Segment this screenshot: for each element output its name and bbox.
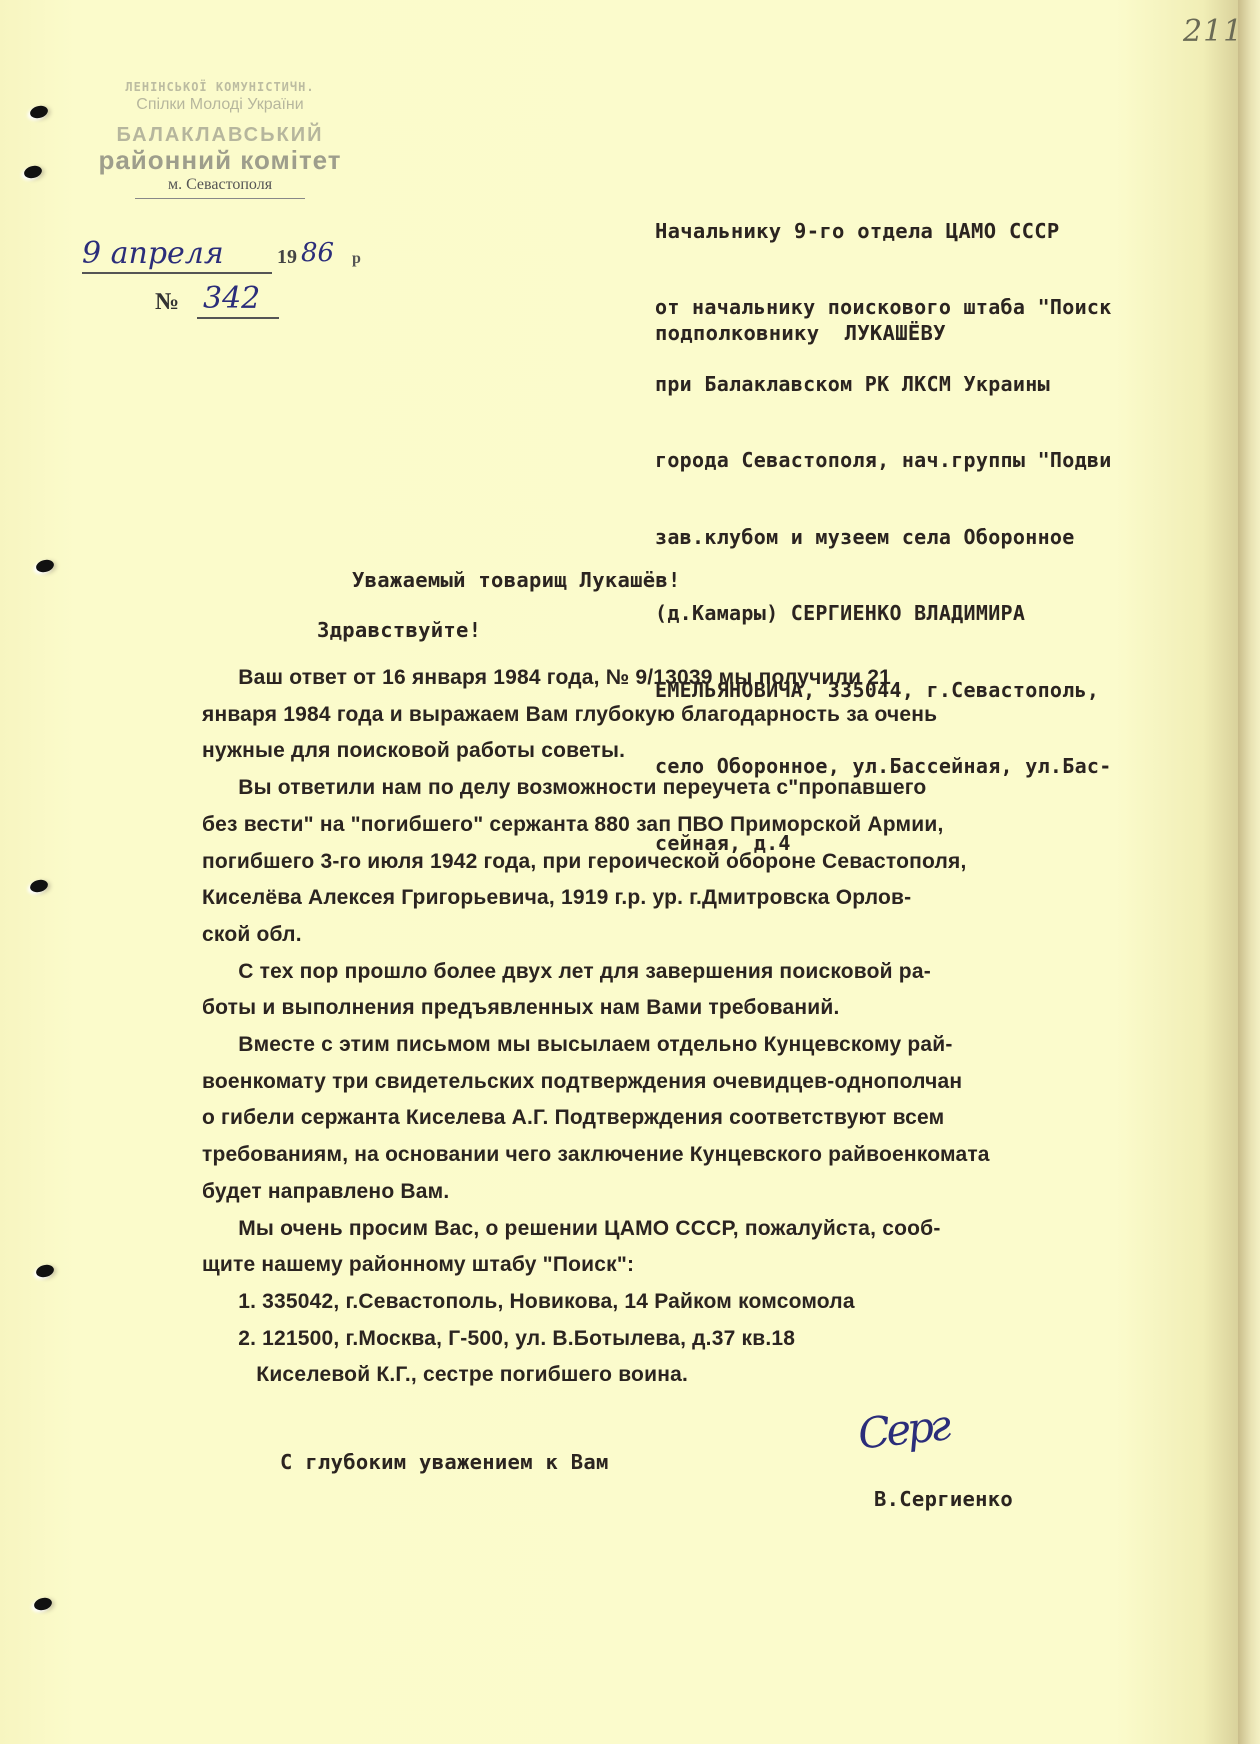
body-line: Киселёва Алексея Григорьевича, 1919 г.р.… xyxy=(202,880,1212,917)
date-underline xyxy=(82,272,272,274)
addressee-line: Начальнику 9-го отдела ЦАМО СССР xyxy=(655,214,1060,248)
number-label: № xyxy=(155,289,179,316)
year-suffix: р xyxy=(352,250,361,268)
body-line: ской обл. xyxy=(202,917,1212,954)
handwritten-date: 9 апреля xyxy=(82,236,224,271)
stamp-date-line: 9 апреля 19 86 р xyxy=(82,240,372,276)
body-line: Киселевой К.Г., сестре погибшего воина. xyxy=(202,1357,1212,1394)
page-edge-shadow xyxy=(1238,0,1260,1744)
punch-hole-icon xyxy=(28,103,49,120)
signer-name: В.Сергиенко xyxy=(874,1487,1013,1511)
stamp-line-1: ЛЕНІНСЬКОЇ КОМУНІСТИЧН. xyxy=(70,80,370,94)
stamp-line-2: Спілки Молоді України xyxy=(70,96,370,114)
sender-line: при Балаклавском РК ЛКСМ Украины xyxy=(655,372,1112,398)
body-line: о гибели сержанта Киселева А.Г. Подтверж… xyxy=(202,1100,1212,1137)
body-line: Ваш ответ от 16 января 1984 года, № 9/13… xyxy=(202,660,1212,697)
stamp-number-line: № 342 xyxy=(155,285,285,321)
folio-number: 211 xyxy=(1183,14,1243,49)
salutation: Уважаемый товарищ Лукашёв! xyxy=(352,568,681,592)
document-page: 211 ЛЕНІНСЬКОЇ КОМУНІСТИЧН. Спілки Молод… xyxy=(0,0,1240,1744)
body-line: щите нашему районному штабу "Поиск": xyxy=(202,1247,1212,1284)
stamp-city: м. Севастополя xyxy=(70,176,370,194)
year-handwritten: 86 xyxy=(301,238,334,268)
letter-body: Ваш ответ от 16 января 1984 года, № 9/13… xyxy=(202,660,1212,1394)
body-line: боты и выполнения предъявленных нам Вами… xyxy=(202,990,1212,1027)
year-printed: 19 xyxy=(277,246,297,269)
body-line: военкомату три свидетельских подтвержден… xyxy=(202,1064,1212,1101)
closing-line: С глубоким уважением к Вам xyxy=(280,1450,609,1474)
organization-stamp: ЛЕНІНСЬКОЇ КОМУНІСТИЧН. Спілки Молоді Ук… xyxy=(70,80,370,199)
stamp-divider xyxy=(135,198,305,199)
handwritten-signature: Серг xyxy=(856,1400,950,1458)
body-line: Вместе с этим письмом мы высылаем отдель… xyxy=(202,1027,1212,1064)
body-line: С тех пор прошло более двух лет для заве… xyxy=(202,954,1212,991)
body-line: погибшего 3-го июля 1942 года, при герои… xyxy=(202,844,1212,881)
sender-line: города Севастополя, нач.группы "Подви xyxy=(655,448,1112,474)
body-line: требованиям, на основании чего заключени… xyxy=(202,1137,1212,1174)
sender-line: от начальнику поискового штаба "Поиск xyxy=(655,295,1112,321)
punch-hole-icon xyxy=(34,557,55,574)
punch-hole-icon xyxy=(22,163,43,180)
body-line: января 1984 года и выражаем Вам глубокую… xyxy=(202,697,1212,734)
sender-line: (д.Камары) СЕРГИЕНКО ВЛАДИМИРА xyxy=(655,601,1112,627)
punch-hole-icon xyxy=(28,877,49,894)
body-line: 1. 335042, г.Севастополь, Новикова, 14 Р… xyxy=(202,1284,1212,1321)
body-line: Мы очень просим Вас, о решении ЦАМО СССР… xyxy=(202,1211,1212,1248)
stamp-line-4: районний комітет xyxy=(70,145,370,176)
body-line: 2. 121500, г.Москва, Г-500, ул. В.Ботыле… xyxy=(202,1321,1212,1358)
punch-hole-icon xyxy=(34,1262,55,1279)
body-line: без вести" на "погибшего" сержанта 880 з… xyxy=(202,807,1212,844)
punch-hole-icon xyxy=(32,1595,53,1612)
number-underline xyxy=(197,317,279,319)
body-line: нужные для поисковой работы советы. xyxy=(202,733,1212,770)
body-line: Вы ответили нам по делу возможности пере… xyxy=(202,770,1212,807)
stamp-line-3: БАЛАКЛАВСЬКИЙ xyxy=(70,124,370,147)
hello-line: Здравствуйте! xyxy=(317,618,481,642)
sender-line: зав.клубом и музеем села Оборонное xyxy=(655,525,1112,551)
body-line: будет направлено Вам. xyxy=(202,1174,1212,1211)
handwritten-number: 342 xyxy=(203,281,260,316)
